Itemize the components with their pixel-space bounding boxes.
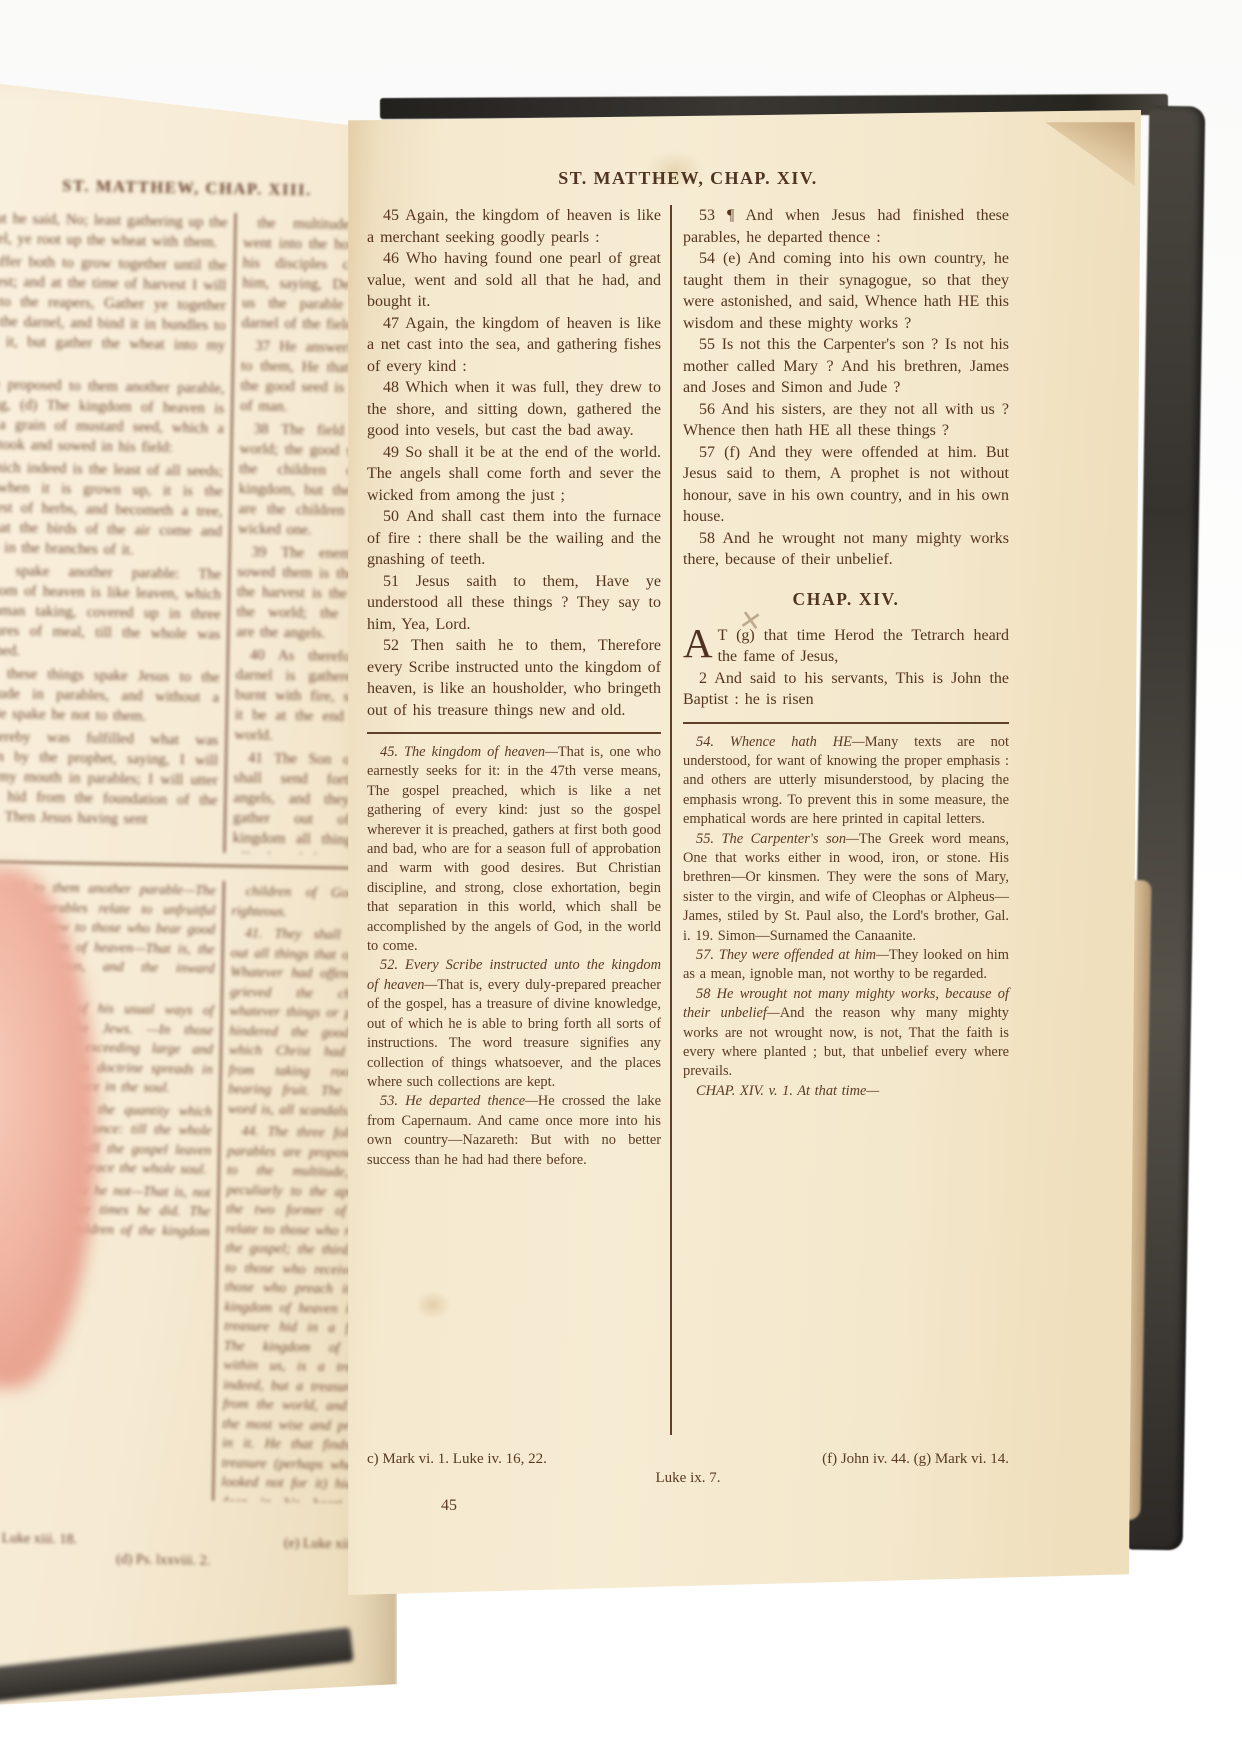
footnote-left: c) Mark vi. 1. Luke iv. 16, 22.: [367, 1451, 547, 1468]
verse-paragraph: 55 Is not this the Carpenter's son ? Is …: [683, 334, 1009, 399]
left-page-verse-section: But he said, No; least gathering up the …: [0, 208, 402, 855]
book-photo: ST. MATTHEW, CHAP. XIII. But he said, No…: [0, 0, 1242, 1739]
right-page-content: ST. MATTHEW, CHAP. XIV. 45 Again, the ki…: [367, 168, 1009, 1515]
verse-paragraph: 48 Which when it was full, they drew to …: [367, 377, 661, 442]
left-page-header: ST. MATTHEW, CHAP. XIII.: [0, 174, 402, 202]
dog-ear-corner: [1045, 122, 1135, 186]
verses-53-58: 53 ¶ And when Jesus had finished these p…: [683, 205, 1009, 571]
left-page-paragraph: But he said, No; least gathering up the …: [0, 208, 228, 252]
right-page-header: ST. MATTHEW, CHAP. XIV.: [367, 168, 1009, 189]
chapter-verse-1-text: T (g) that time Herod the Tetrarch heard…: [718, 627, 1009, 666]
note-lead: 45. The kingdom of heaven—: [380, 744, 558, 760]
verse-paragraph: 47 Again, the kingdom of heaven is like …: [367, 313, 661, 378]
commentary-right: 54. Whence hath HE—Many texts are not un…: [683, 733, 1009, 1102]
commentary-note: 53. He departed thence—He crossed the la…: [367, 1092, 661, 1170]
commentary-note: 57. They were offended at him—They looke…: [683, 946, 1009, 985]
left-page-paragraph: Which indeed is the least of all seeds; …: [0, 457, 223, 561]
verse-paragraph: 58 And he wrought not many mighty works …: [683, 528, 1009, 571]
verse-paragraph: 51 Jesus saith to them, Have ye understo…: [367, 571, 661, 636]
left-page-footnote-left: rk iv. 30. Luke xiii. 18.: [0, 1530, 77, 1548]
commentary-rule-right: [683, 722, 1009, 724]
note-lead: 53. He departed thence—: [380, 1093, 538, 1109]
right-page-right-column: 53 ¶ And when Jesus had finished these p…: [670, 205, 1009, 1435]
commentary-note: 52. Every Scribe instructed unto the kin…: [367, 956, 661, 1092]
left-page-paragraph: He proposed to them another parable, say…: [0, 374, 225, 458]
verse-paragraph: 49 So shall it be at the end of the worl…: [367, 442, 661, 507]
left-page-paragraph: Whereby was fulfilled what was spoken by…: [0, 726, 219, 830]
verse-paragraph: 54 (e) And coming into his own country, …: [683, 248, 1009, 334]
note-lead: 52. Every Scribe instructed unto the kin…: [367, 957, 661, 992]
commentary-note: 58 He wrought not many mighty works, bec…: [683, 985, 1009, 1082]
verse-paragraph: 53 ¶ And when Jesus had finished these p…: [683, 205, 1009, 248]
footnotes: c) Mark vi. 1. Luke iv. 16, 22. (f) John…: [367, 1451, 1009, 1515]
left-page-footnotes: rk iv. 30. Luke xiii. 18. (e) Luke xiii.…: [0, 1530, 379, 1572]
note-lead: 55. The Carpenter's son—: [696, 831, 859, 847]
note-lead: 57. They were offended at him—: [696, 947, 889, 963]
drop-cap: A: [683, 625, 718, 660]
verse-paragraph: 57 (f) And they were offended at him. Bu…: [683, 442, 1009, 528]
chapter-verse-1: A T (g) that time Herod the Tetrarch hea…: [683, 625, 1009, 668]
note-lead: CHAP. XIV. v. 1. At that time—: [696, 1083, 879, 1099]
right-page: ST. MATTHEW, CHAP. XIV. 45 Again, the ki…: [345, 110, 1145, 1595]
left-page-paragraph: All these things spake Jesus to the mult…: [0, 663, 220, 727]
note-lead: 54. Whence hath HE—: [696, 734, 865, 750]
footnote-right: (f) John iv. 44. (g) Mark vi. 14.: [822, 1451, 1009, 1468]
commentary-rule-left: [367, 732, 661, 734]
commentary-note: 45. The kingdom of heaven—That is, one w…: [367, 743, 661, 956]
right-page-left-column: 45 Again, the kingdom of heaven is like …: [367, 205, 670, 1435]
note-lead: 58 He wrought not many mighty works, bec…: [683, 986, 1009, 1021]
verse-paragraph: 56 And his sisters, are they not all wit…: [683, 399, 1009, 442]
verse-paragraph: 46 Who having found one pearl of great v…: [367, 248, 661, 313]
left-page-paragraph: He spake another parable: The kingdom of…: [0, 560, 221, 664]
verse-paragraph: 50 And shall cast them into the furnace …: [367, 506, 661, 571]
verse-paragraph: 45 Again, the kingdom of heaven is like …: [367, 205, 661, 248]
verses-45-52: 45 Again, the kingdom of heaven is like …: [367, 205, 661, 721]
left-page: ST. MATTHEW, CHAP. XIII. But he said, No…: [0, 72, 397, 1707]
commentary-note: 55. The Carpenter's son—The Greek word m…: [683, 830, 1009, 946]
verse-paragraph: 52 Then saith he to them, Therefore ever…: [367, 635, 661, 721]
left-page-section-rule: [0, 860, 390, 870]
commentary-note: CHAP. XIV. v. 1. At that time—: [683, 1082, 1009, 1101]
chapter-heading: CHAP. XIV.: [683, 589, 1009, 610]
commentary-note: 54. Whence hath HE—Many texts are not un…: [683, 733, 1009, 830]
left-page-column-1: But he said, No; least gathering up the …: [0, 208, 235, 852]
commentary-left: 45. The kingdom of heaven—That is, one w…: [367, 743, 661, 1170]
left-page-paragraph: Suffer both to grow together until the h…: [0, 251, 227, 375]
right-page-columns: 45 Again, the kingdom of heaven is like …: [367, 205, 1009, 1435]
footnote-row: c) Mark vi. 1. Luke iv. 16, 22. (f) John…: [367, 1451, 1009, 1468]
footnote-center: Luke ix. 7.: [367, 1470, 1009, 1487]
page-number: 45: [441, 1497, 1009, 1515]
chapter-verse-2: 2 And said to his servants, This is John…: [683, 668, 1009, 711]
